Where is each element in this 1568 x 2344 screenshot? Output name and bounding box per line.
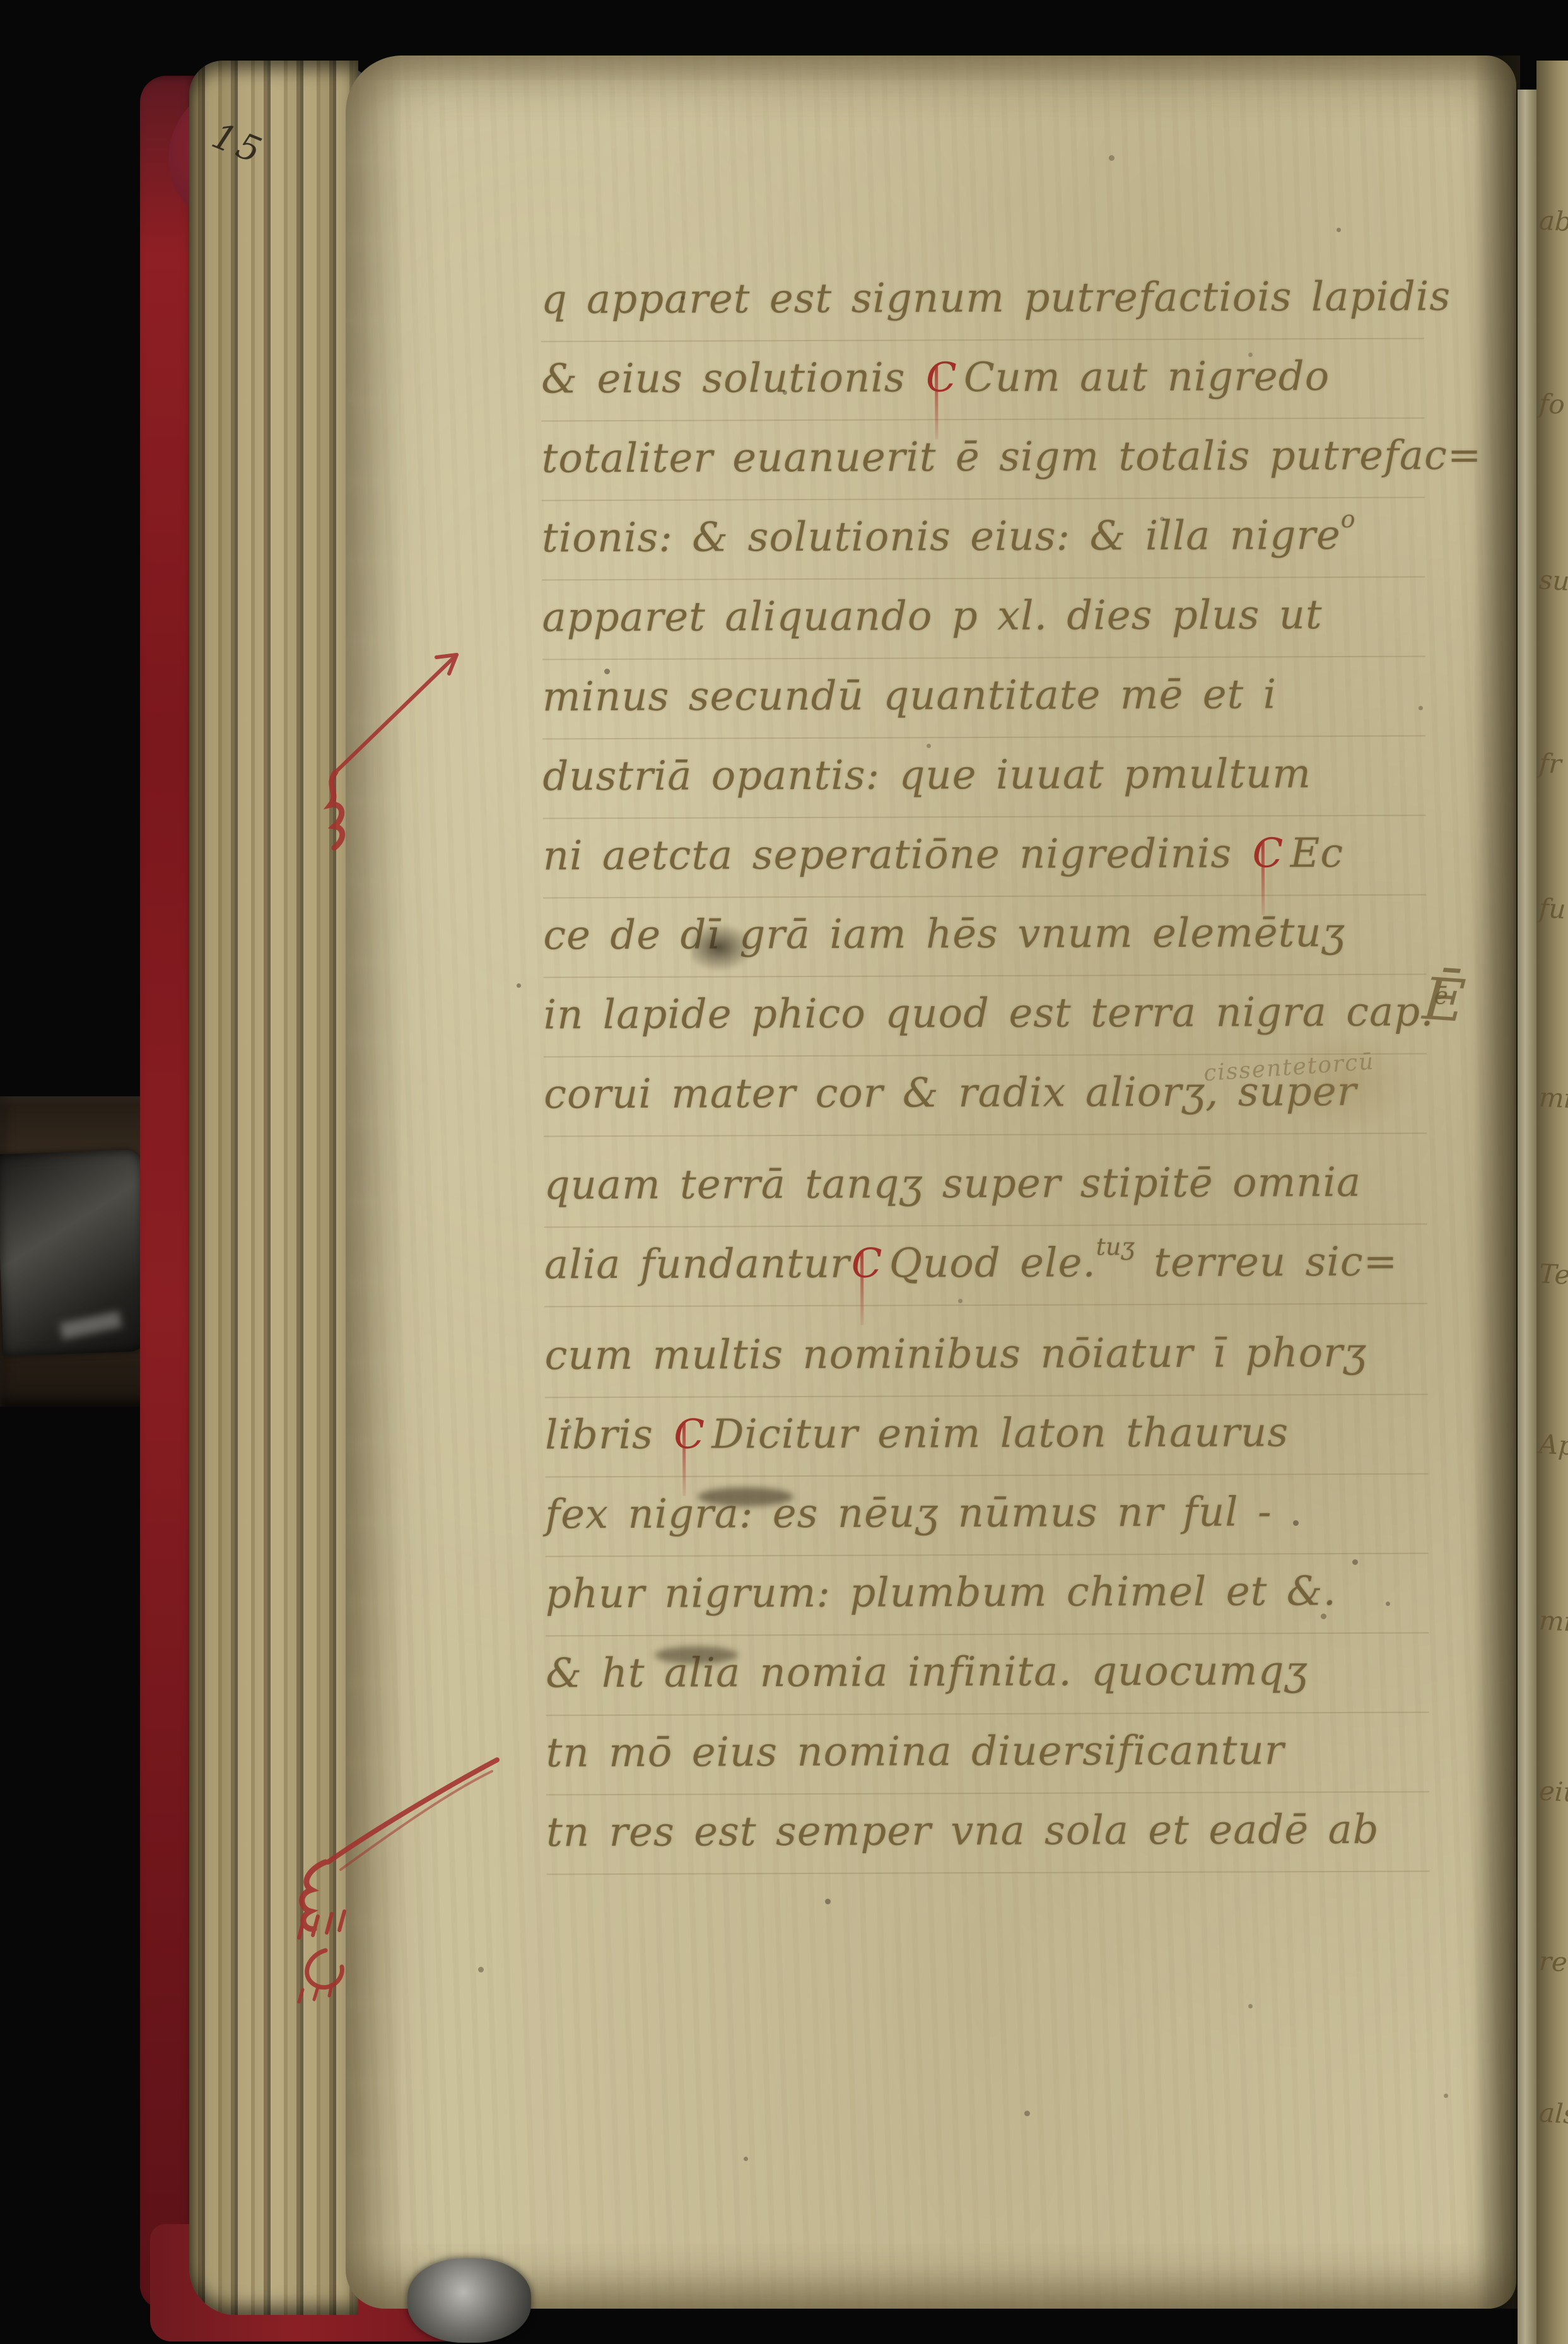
text-line: alia fundanturCQuod ele.tuʒ terreu sic= (544, 1225, 1427, 1308)
rubric-capitulum-mark: C (926, 355, 957, 401)
facing-page-text-fragment: als (1538, 2097, 1568, 2130)
text-line: ni aetcta seperatiōne nigredinis CEc (543, 816, 1426, 899)
text-segment: o (1341, 505, 1355, 533)
facing-page-text-fragment: sul (1538, 564, 1568, 597)
text-line: fex nigra: es nēuʒ nūmus nr ful - (545, 1475, 1428, 1557)
text-segment: ni aetcta seperatiōne nigredinis (543, 831, 1251, 880)
text-line: tn res est semper vna sola et eadē ab (546, 1793, 1429, 1875)
text-segment: tn res est semper vna sola et eadē ab (546, 1807, 1379, 1856)
text-line: cum multis nominibus nōiatur ī phorʒ (544, 1316, 1427, 1398)
text-segment: apparet aliquando p xl. dies plus ut (542, 592, 1322, 641)
red-flourish-lower-margin (265, 1738, 517, 2003)
text-line: totaliter euanuerit ē sigm totalis putre… (541, 419, 1424, 501)
text-segment: in lapide phico quod est terra nigra cap… (544, 989, 1434, 1039)
ink-blot (691, 923, 753, 971)
text-segment: alia fundantur (544, 1241, 850, 1289)
ink-smudge (698, 1487, 793, 1506)
text-segment: Dicitur enim laton thaurus (711, 1409, 1289, 1458)
facing-page-sliver: abfosulfrfumiTeiApmiceiūreuals (1536, 61, 1568, 2344)
facing-page-text-fragment: mi (1538, 1082, 1568, 1115)
fore-edge-shadow (1473, 56, 1520, 2309)
text-line: tn mō eius nomina diuersificantur (546, 1713, 1429, 1796)
text-segment: phur nigrum: plumbum chimel et &. (546, 1568, 1337, 1617)
facing-page-text-fragment: fu (1538, 893, 1567, 925)
text-segment: q apparet est signum putrefactiois lapid… (541, 273, 1451, 323)
margin-capitulum-glyph: Ē (1420, 965, 1467, 1035)
text-line: q apparet est signum putrefactiois lapid… (541, 260, 1424, 343)
facing-page-text-fragment: Tei (1538, 1258, 1568, 1291)
text-segment: Quod ele. (889, 1239, 1096, 1287)
text-segment: tn mō eius nomina diuersificantur (546, 1727, 1285, 1776)
text-segment: terreu sic= (1135, 1239, 1398, 1286)
rubric-capitulum-mark: C (674, 1412, 705, 1458)
text-segment: & eius solutionis (541, 355, 925, 402)
text-segment: tuʒ (1096, 1233, 1135, 1260)
text-segment: totaliter euanuerit ē sigm totalis putre… (541, 432, 1482, 482)
facing-page-text-fragment: reu (1538, 1945, 1568, 1979)
text-line: phur nigrum: plumbum chimel et &. (546, 1554, 1429, 1637)
manuscript-photo: abfosulfrfumiTeiApmiceiūreuals 15 q appa… (0, 0, 1568, 2344)
text-segment: fex nigra: es nēuʒ nūmus nr ful - (545, 1489, 1272, 1538)
text-line: ce de dī grā iam hēs vnum elemētuʒ (543, 896, 1426, 978)
facing-page-text-fragment: fo (1538, 388, 1565, 420)
page-holder-strip (1518, 90, 1536, 2344)
facing-page-text-fragment: eiū (1538, 1775, 1568, 1808)
text-line: apparet aliquando p xl. dies plus ut (542, 578, 1425, 660)
text-segment: dustriā opantis: que iuuat pmultum (542, 751, 1311, 800)
rubric-capitulum-mark: C (851, 1241, 883, 1287)
facing-page-text-fragment: fr (1538, 747, 1562, 780)
text-segment: Ec (1290, 830, 1343, 877)
text-segment: Cum aut nigredo (964, 353, 1330, 401)
facing-page-text-fragment: mic (1538, 1605, 1568, 1638)
rubric-capitulum-mark: C (1252, 830, 1284, 877)
ink-smudge (655, 1646, 738, 1664)
parchment-stain (1272, 1032, 1417, 1133)
red-flourish-upper-margin (291, 641, 468, 855)
text-segment: tionis: & solutionis eius: & illa nigre (542, 512, 1341, 561)
text-segment: minus secundū quantitate mē et i (542, 671, 1277, 720)
text-line: tionis: & solutionis eius: & illa nigreo (542, 498, 1425, 581)
text-segment: cum multis nominibus nōiatur ī phorʒ (544, 1330, 1367, 1380)
text-line: libris CDicitur enim laton thaurus (545, 1395, 1428, 1478)
parchment-specks (0, 0, 3, 3)
text-line: minus secundū quantitate mē et i (542, 657, 1425, 740)
text-segment: libris (545, 1412, 672, 1459)
text-line: dustriā opantis: que iuuat pmultum (542, 737, 1425, 819)
text-segment: quam terrā tanqʒ super stipitē omnia (544, 1159, 1362, 1209)
text-line: & eius solutionis CCum aut nigredo (541, 339, 1424, 422)
text-line: quam terrā tanqʒ super stipitē omnia (544, 1146, 1427, 1228)
metal-boss-bottom (407, 2258, 531, 2343)
text-line: & ht alia nomia infinita. quocumqʒ (546, 1634, 1429, 1716)
text-segment: ce de dī grā iam hēs vnum elemētuʒ (543, 910, 1345, 959)
facing-page-text-fragment: ab (1538, 205, 1568, 238)
facing-page-text-fragment: Ap (1538, 1429, 1568, 1462)
